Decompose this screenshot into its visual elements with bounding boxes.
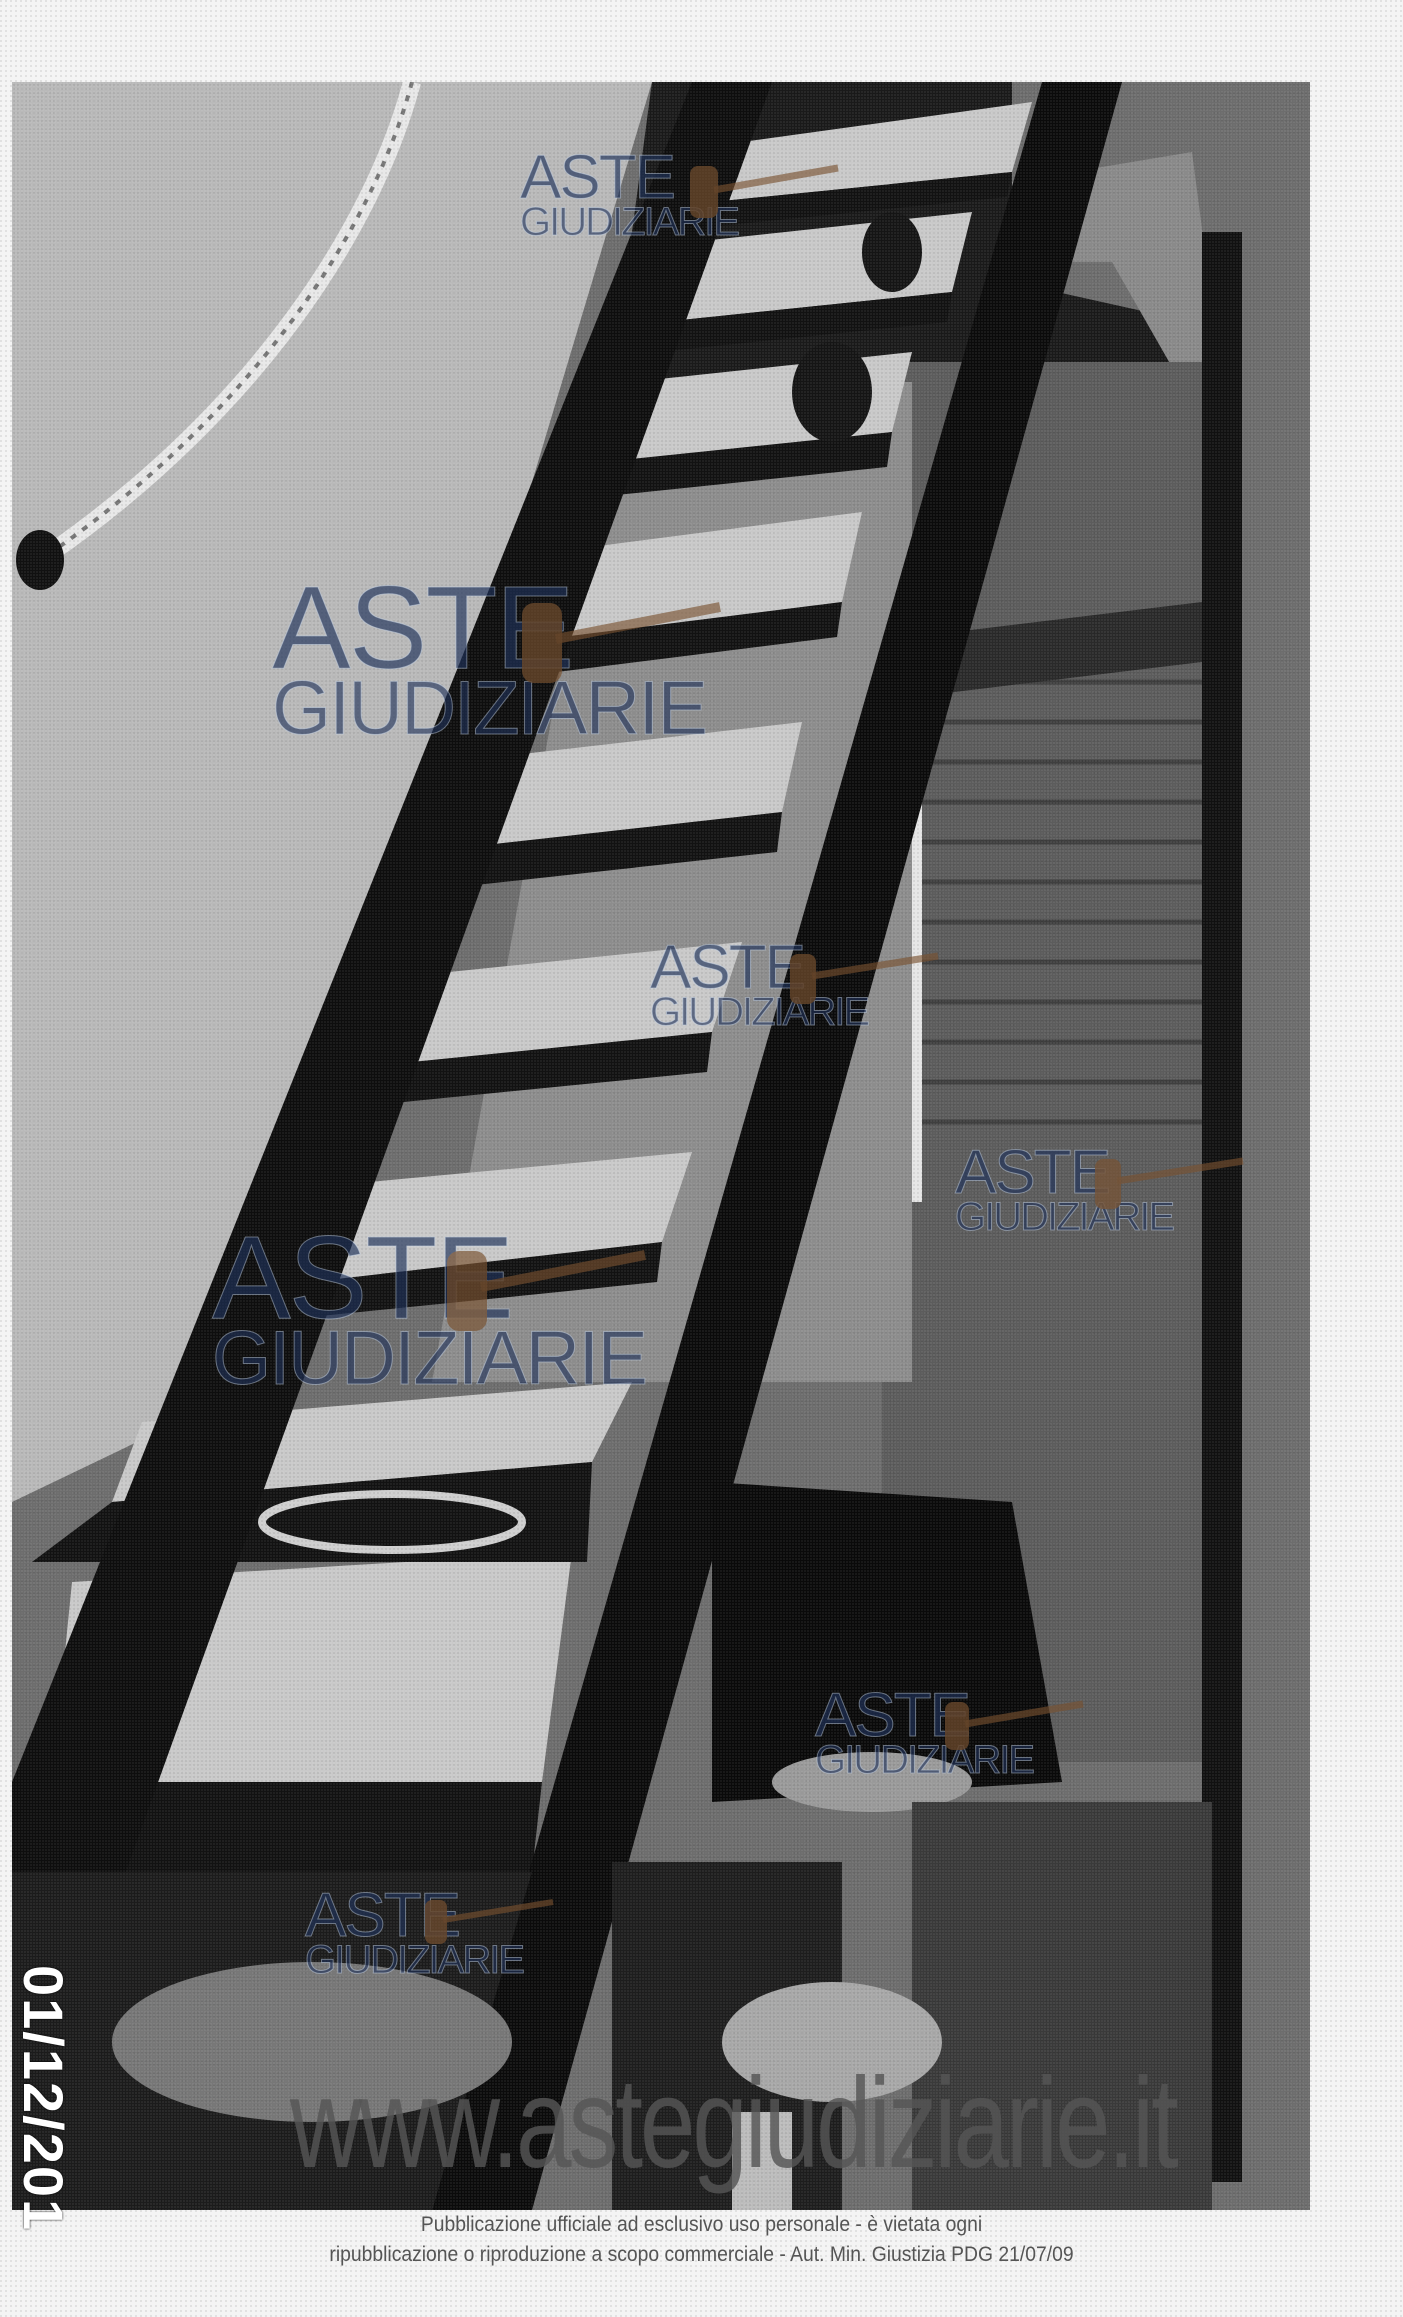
ladder-photo [12,82,1310,2210]
footer-line-2: ripubblicazione o riproduzione a scopo c… [56,2240,1347,2270]
document-page: ASTE GIUDIZIARIE ASTE GIUDIZIARIE ASTE G… [0,0,1403,2317]
legal-footer: Pubblicazione ufficiale ad esclusivo uso… [56,2210,1347,2270]
url-watermark: www.astegiudiziarie.it [290,2050,1176,2197]
photo-date-stamp: 01/12/201 [11,1965,76,2232]
footer-line-1: Pubblicazione ufficiale ad esclusivo uso… [56,2210,1347,2240]
scan-margin [1310,0,1403,2317]
photo-scene [12,82,1310,2210]
